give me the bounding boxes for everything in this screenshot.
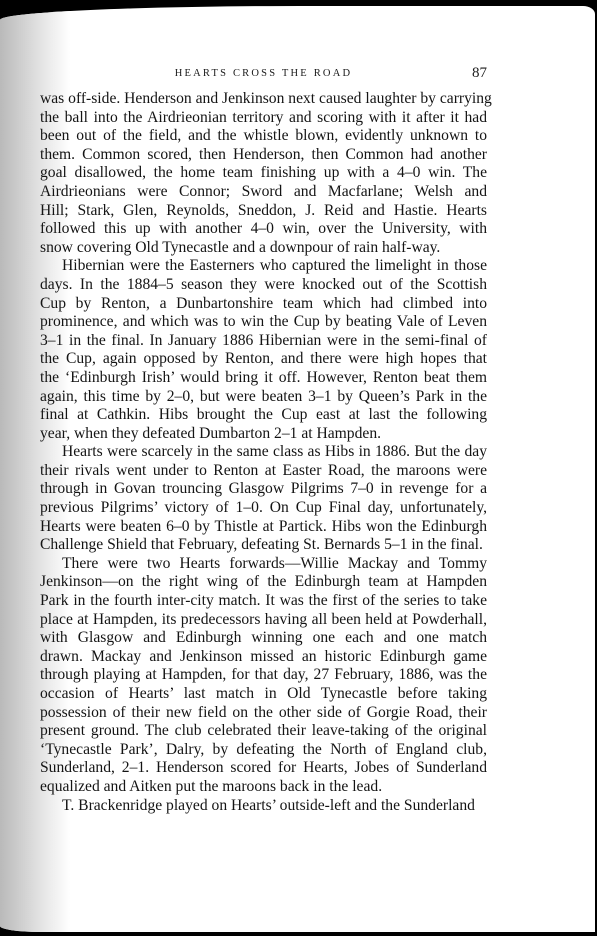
text-line: Jenkinson—on the right wing of the Edinb… [40,573,487,592]
text-line: final at Cathkin. Hibs brought the Cup e… [40,406,487,425]
text-line: Hibernian were the Easterners who captur… [40,257,487,276]
text-line: place at Hampden, its predecessors havin… [40,611,487,630]
paragraph: T. Brackenridge played on Hearts’ outsid… [40,797,487,816]
text-line: them. Common scored, then Henderson, the… [40,146,487,165]
text-line: prominence, and which was to win the Cup… [40,313,487,332]
text-line: previous Pilgrims’ victory of 1–0. On Cu… [40,499,487,518]
text-line: occasion of Hearts’ last match in Old Ty… [40,685,487,704]
page-number: 87 [472,65,487,82]
text-line: equalized and Aitken put the maroons bac… [40,778,487,797]
paragraph: There were two Hearts forwards—Willie Ma… [40,555,487,797]
text-line: through playing at Hampden, for that day… [40,666,487,685]
paragraph: was off-side. Henderson and Jenkinson ne… [40,90,487,257]
body-text: was off-side. Henderson and Jenkinson ne… [40,90,487,815]
text-line: snow covering Old Tynecastle and a downp… [40,239,487,258]
paragraph: Hearts were scarcely in the same class a… [40,443,487,555]
text-line: Challenge Shield that February, defeatin… [40,536,487,555]
text-line: Hearts were beaten 6–0 by Thistle at Par… [40,518,487,537]
text-line: Airdrieonians were Connor; Sword and Mac… [40,183,487,202]
text-line: with Glasgow and Edinburgh winning one e… [40,629,487,648]
text-line: ‘Tynecastle Park’, Dalry, by defeating t… [40,741,487,760]
text-line: followed this up with another 4–0 win, o… [40,220,487,239]
text-line: possession of their new field on the oth… [40,704,487,723]
text-line: year, when they defeated Dumbarton 2–1 a… [40,425,487,444]
running-head-title: Hearts Cross the Road [40,68,487,79]
text-line: Park in the fourth inter-city match. It … [40,592,487,611]
book-page: Hearts Cross the Road 87 was off-side. H… [0,6,595,932]
text-line: Hill; Stark, Glen, Reynolds, Sneddon, J.… [40,202,487,221]
text-line: the ball into the Airdrieonian territory… [40,109,487,128]
paragraph: Hibernian were the Easterners who captur… [40,257,487,443]
text-line: 3–1 in the final. In January 1886 Hibern… [40,332,487,351]
text-line: There were two Hearts forwards—Willie Ma… [40,555,487,574]
running-head: Hearts Cross the Road 87 [40,65,487,85]
text-line: through in Govan trouncing Glasgow Pilgr… [40,480,487,499]
text-line: Sunderland, 2–1. Henderson scored for He… [40,759,487,778]
text-line: again, this time by 2–0, but were beaten… [40,388,487,407]
text-line: been out of the field, and the whistle b… [40,127,487,146]
text-line: was off-side. Henderson and Jenkinson ne… [40,90,487,109]
text-line: their rivals went under to Renton at Eas… [40,462,487,481]
text-line: present ground. The club celebrated thei… [40,722,487,741]
text-line: Hearts were scarcely in the same class a… [40,443,487,462]
text-line: goal disallowed, the home team finishing… [40,164,487,183]
text-line: the Cup, again opposed by Renton, and th… [40,350,487,369]
text-line: Cup by Renton, a Dunbartonshire team whi… [40,295,487,314]
text-line: the ‘Edinburgh Irish’ would bring it off… [40,369,487,388]
text-line: drawn. Mackay and Jenkinson missed an hi… [40,648,487,667]
text-line: T. Brackenridge played on Hearts’ outsid… [40,797,487,816]
text-line: days. In the 1884–5 season they were kno… [40,276,487,295]
scanned-page: Hearts Cross the Road 87 was off-side. H… [0,0,597,936]
